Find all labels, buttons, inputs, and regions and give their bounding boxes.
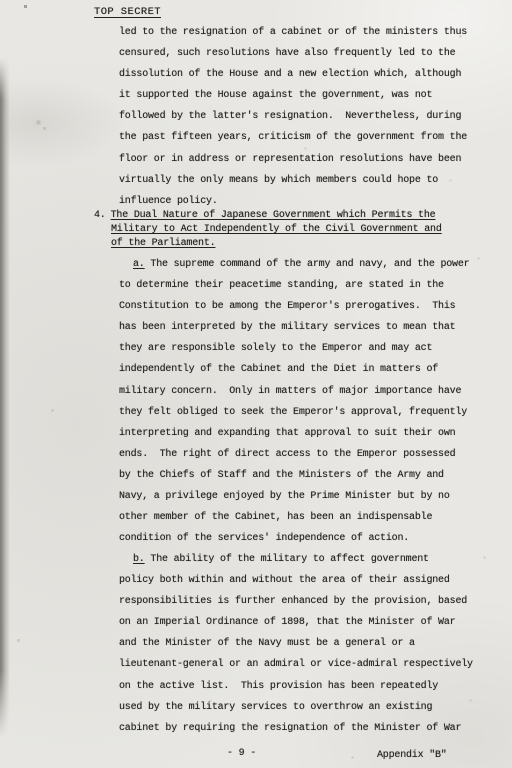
paragraph-a-text: The supreme command of the army and navy… (119, 259, 469, 544)
paragraph-intro-text: led to the resignation of a cabinet or o… (119, 27, 467, 207)
scan-noise-specks (0, 0, 1, 1)
paragraph-intro: led to the resignation of a cabinet or o… (119, 22, 499, 212)
paragraph-b: b. The ability of the military to affect… (119, 549, 499, 739)
page-number: - 9 - (227, 743, 256, 764)
paragraph-b-label: b. (133, 554, 145, 565)
scan-edge-shadow (0, 58, 10, 738)
classification-banner: TOP SECRET (94, 3, 161, 21)
section-heading: 4.The Dual Nature of Japanese Government… (94, 209, 511, 251)
paragraph-b-text: The ability of the military to affect go… (119, 554, 473, 734)
section-title: The Dual Nature of Japanese Government w… (111, 210, 442, 249)
paragraph-a: a. The supreme command of the army and n… (119, 254, 499, 549)
document-page: TOP SECRET led to the resignation of a c… (0, 0, 512, 768)
paragraph-a-label: a. (133, 259, 145, 270)
appendix-label: Appendix "B" (377, 745, 447, 766)
section-number: 4. (94, 210, 106, 221)
